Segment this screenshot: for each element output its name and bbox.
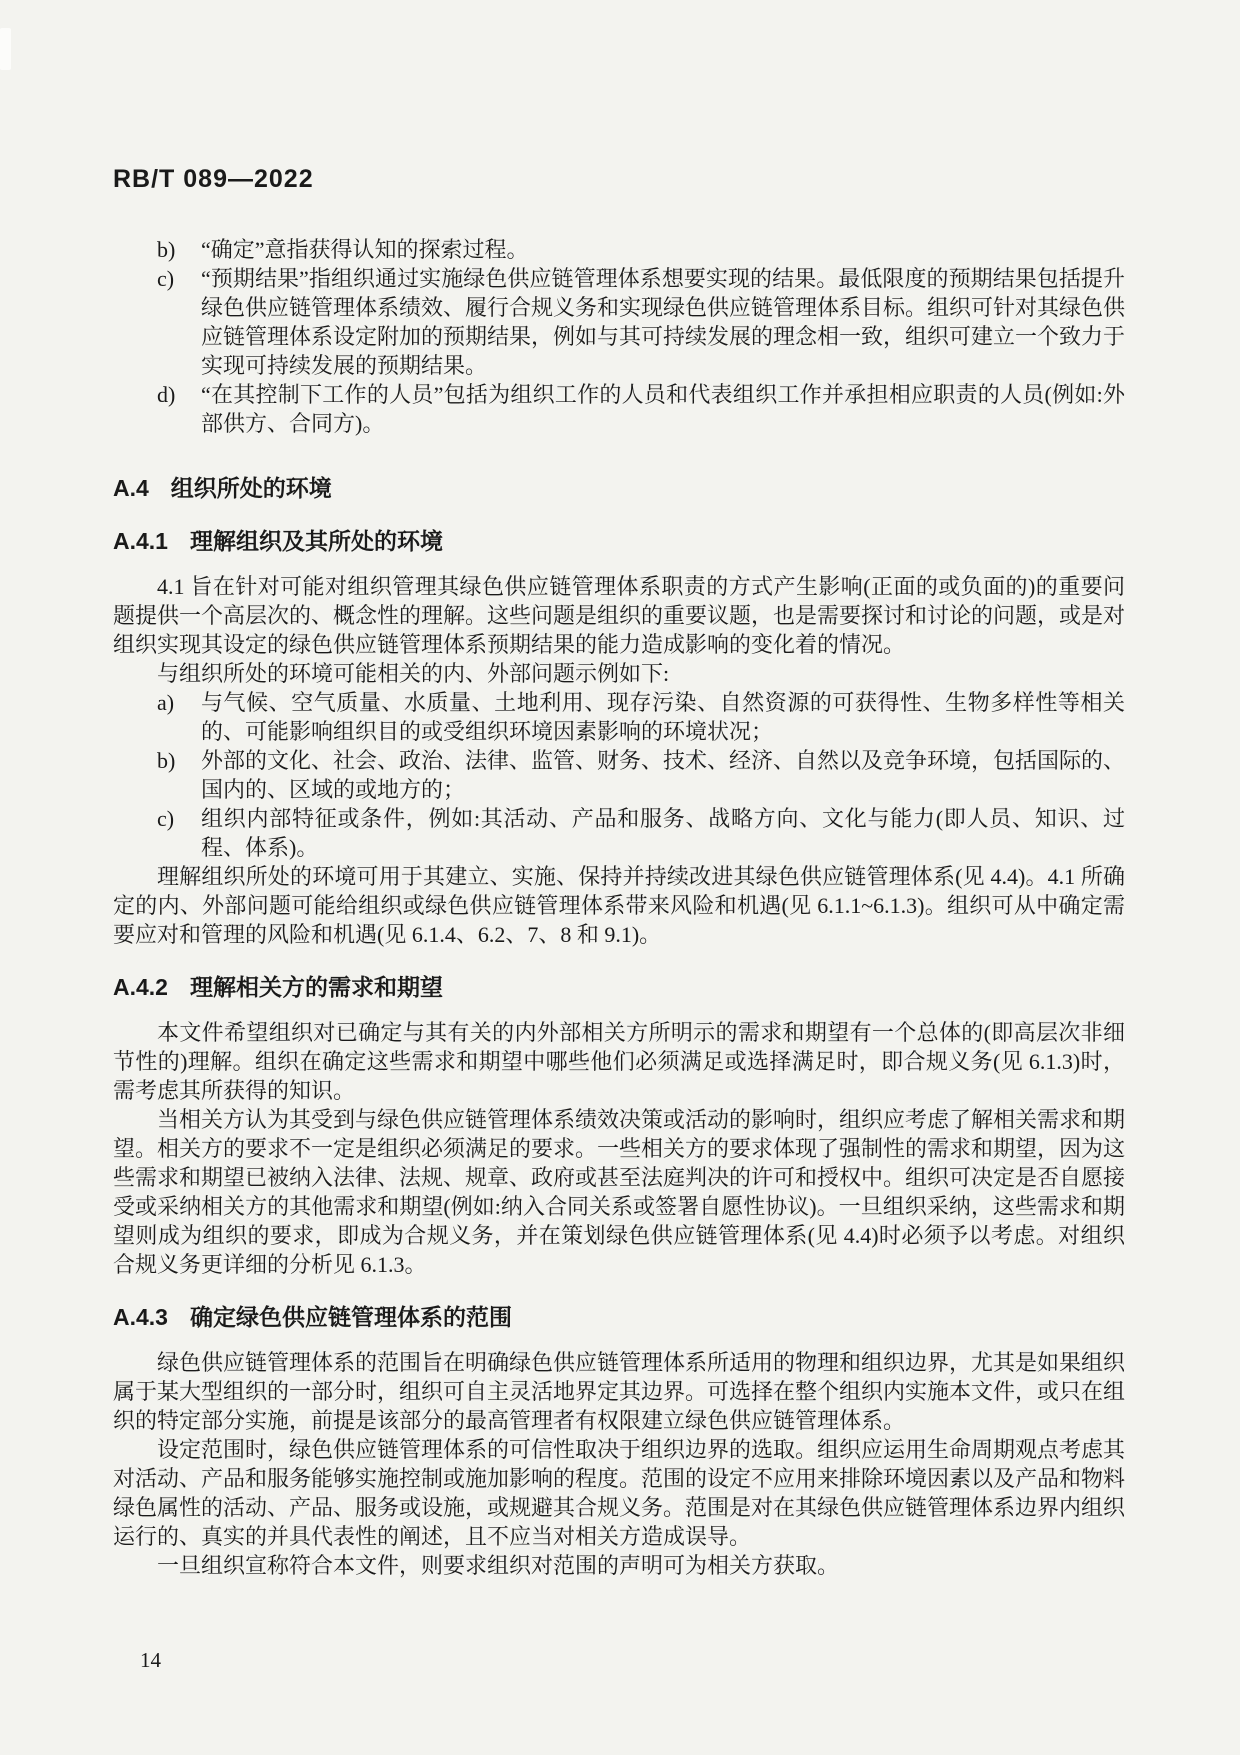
document-page: RB/T 089—2022 b) “确定”意指获得认知的探索过程。 c) “预期… — [0, 0, 1240, 1755]
section-number: A.4 — [113, 475, 149, 501]
list-item: c) “预期结果”指组织通过实施绿色供应链管理体系想要实现的结果。最低限度的预期… — [113, 264, 1125, 380]
section-number: A.4.2 — [113, 974, 168, 1000]
list-item-text: “确定”意指获得认知的探索过程。 — [201, 237, 529, 262]
definition-list: b) “确定”意指获得认知的探索过程。 c) “预期结果”指组织通过实施绿色供应… — [113, 235, 1125, 438]
list-item-label: a) — [157, 688, 174, 717]
example-list: a) 与气候、空气质量、水质量、土地利用、现存污染、自然资源的可获得性、生物多样… — [113, 688, 1125, 862]
section-number: A.4.1 — [113, 528, 168, 554]
section-heading-a43: A.4.3确定绿色供应链管理体系的范围 — [113, 1303, 1125, 1332]
section-heading-a42: A.4.2理解相关方的需求和期望 — [113, 973, 1125, 1002]
page-content: RB/T 089—2022 b) “确定”意指获得认知的探索过程。 c) “预期… — [113, 165, 1125, 1580]
section-heading-a4: A.4组织所处的环境 — [113, 474, 1125, 503]
list-item-text: 与气候、空气质量、水质量、土地利用、现存污染、自然资源的可获得性、生物多样性等相… — [201, 690, 1125, 744]
paragraph: 当相关方认为其受到与绿色供应链管理体系绩效决策或活动的影响时，组织应考虑了解相关… — [113, 1105, 1125, 1279]
list-item-text: “预期结果”指组织通过实施绿色供应链管理体系想要实现的结果。最低限度的预期结果包… — [201, 266, 1125, 378]
list-item-text: “在其控制下工作的人员”包括为组织工作的人员和代表组织工作并承担相应职责的人员(… — [201, 382, 1125, 436]
section-title: 理解组织及其所处的环境 — [190, 528, 443, 554]
section-heading-a41: A.4.1理解组织及其所处的环境 — [113, 527, 1125, 556]
paragraph: 理解组织所处的环境可用于其建立、实施、保持并持续改进其绿色供应链管理体系(见 4… — [113, 862, 1125, 949]
paragraph: 与组织所处的环境可能相关的内、外部问题示例如下: — [113, 659, 1125, 688]
list-item-text: 组织内部特征或条件，例如:其活动、产品和服务、战略方向、文化与能力(即人员、知识… — [201, 806, 1125, 860]
paragraph: 绿色供应链管理体系的范围旨在明确绿色供应链管理体系所适用的物理和组织边界，尤其是… — [113, 1348, 1125, 1435]
list-item: a) 与气候、空气质量、水质量、土地利用、现存污染、自然资源的可获得性、生物多样… — [113, 688, 1125, 746]
section-title: 确定绿色供应链管理体系的范围 — [190, 1304, 512, 1330]
paragraph: 一旦组织宣称符合本文件，则要求组织对范围的声明可为相关方获取。 — [113, 1551, 1125, 1580]
list-item-label: c) — [157, 804, 174, 833]
paragraph: 4.1 旨在针对可能对组织管理其绿色供应链管理体系职责的方式产生影响(正面的或负… — [113, 572, 1125, 659]
list-item: d) “在其控制下工作的人员”包括为组织工作的人员和代表组织工作并承担相应职责的… — [113, 380, 1125, 438]
paragraph: 设定范围时，绿色供应链管理体系的可信性取决于组织边界的选取。组织应运用生命周期观… — [113, 1435, 1125, 1551]
list-item-text: 外部的文化、社会、政治、法律、监管、财务、技术、经济、自然以及竞争环境，包括国际… — [201, 748, 1125, 802]
list-item: b) 外部的文化、社会、政治、法律、监管、财务、技术、经济、自然以及竞争环境，包… — [113, 746, 1125, 804]
section-title: 理解相关方的需求和期望 — [190, 974, 443, 1000]
document-code: RB/T 089—2022 — [113, 165, 1125, 193]
list-item-label: b) — [157, 235, 175, 264]
section-title: 组织所处的环境 — [171, 475, 332, 501]
list-item: c) 组织内部特征或条件，例如:其活动、产品和服务、战略方向、文化与能力(即人员… — [113, 804, 1125, 862]
scan-artifact — [0, 28, 11, 70]
paragraph: 本文件希望组织对已确定与其有关的内外部相关方所明示的需求和期望有一个总体的(即高… — [113, 1018, 1125, 1105]
section-number: A.4.3 — [113, 1304, 168, 1330]
list-item-label: b) — [157, 746, 175, 775]
list-item: b) “确定”意指获得认知的探索过程。 — [113, 235, 1125, 264]
list-item-label: c) — [157, 264, 174, 293]
page-number: 14 — [140, 1648, 161, 1673]
list-item-label: d) — [157, 380, 175, 409]
